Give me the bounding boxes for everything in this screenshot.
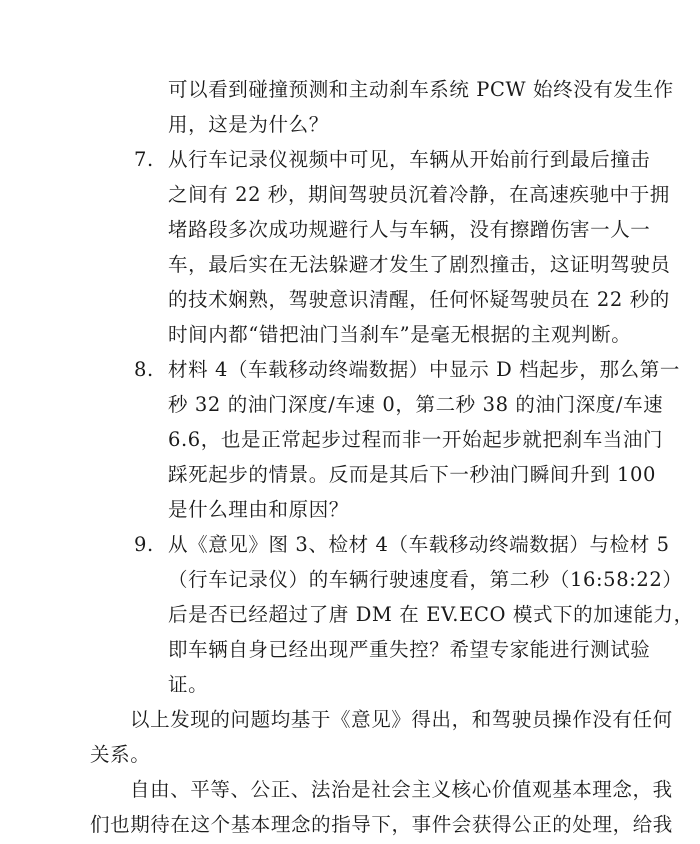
item-9-line-4: 即车辆自身已经出现严重失控？希望专家能进行测试验 (168, 632, 650, 667)
item-7-number: 7. (134, 142, 154, 177)
item-9-line-2: （行车记录仪）的车辆行驶速度看，第二秒（16:58:22） (168, 562, 682, 597)
item-7-line-4: 车，最后实在无法躲避才发生了剧烈撞击，这证明驾驶员 (168, 247, 671, 282)
item-9-line-3: 后是否已经超过了唐 DM 在 EV.ECO 模式下的加速能力， (168, 597, 694, 632)
paragraph-2-line-2: 们也期待在这个基本理念的指导下，事件会获得公正的处理，给我 (90, 807, 673, 842)
item-8-line-2: 秒 32 的油门深度/车速 0，第二秒 38 的油门深度/车速 (168, 387, 663, 422)
item-8-line-1: 材料 4（车载移动终端数据）中显示 D 档起步，那么第一 (168, 352, 680, 387)
item-8-number: 8. (134, 352, 154, 387)
item-9-line-1: 从《意见》图 3、检材 4（车载移动终端数据）与检材 5 (168, 527, 670, 562)
paragraph-1-line-1: 以上发现的问题均基于《意见》得出，和驾驶员操作没有任何 (130, 702, 673, 737)
item-7-line-5: 的技术娴熟，驾驶意识清醒，任何怀疑驾驶员在 22 秒的 (168, 282, 670, 317)
item-8-line-5: 是什么理由和原因？ (168, 492, 349, 527)
item-7-line-6: 时间内都“错把油门当刹车”是毫无根据的主观判断。 (168, 317, 631, 352)
item-7-line-2: 之间有 22 秒，期间驾驶员沉着冷静，在高速疾驰中于拥 (168, 177, 670, 212)
item-9-line-5: 证。 (168, 667, 208, 702)
item-7-line-3: 堵路段多次成功规避行人与车辆，没有擦蹭伤害一人一 (168, 212, 650, 247)
item-8-line-3: 6.6，也是正常起步过程而非一开始起步就把刹车当油门 (168, 422, 663, 457)
item-6-line-1: 可以看到碰撞预测和主动刹车系统 PCW 始终没有发生作 (168, 72, 674, 107)
item-8-line-4: 踩死起步的情景。反而是其后下一秒油门瞬间升到 100 (168, 457, 656, 492)
paragraph-2-line-1: 自由、平等、公正、法治是社会主义核心价值观基本理念，我 (130, 772, 673, 807)
item-6-line-2: 用，这是为什么？ (168, 107, 329, 142)
item-7-line-1: 从行车记录仪视频中可见，车辆从开始前行到最后撞击 (168, 142, 650, 177)
paragraph-1-line-2: 关系。 (90, 737, 150, 772)
item-9-number: 9. (134, 527, 154, 562)
